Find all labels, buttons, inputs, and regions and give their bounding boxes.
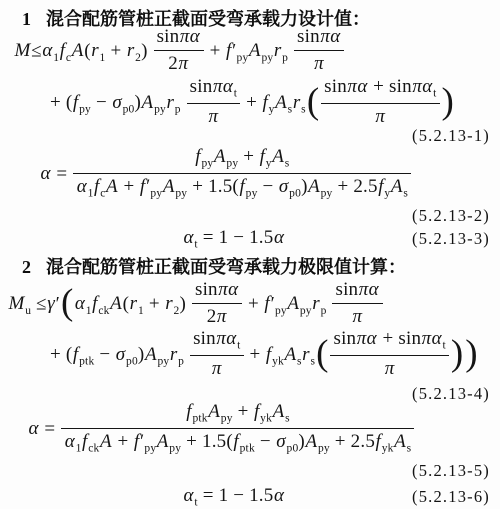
equation-number-4: (5.2.13-4) — [412, 384, 490, 404]
section-2-heading: 2 混合配筋管桩正截面受弯承载力极限值计算： — [22, 253, 406, 279]
equation-number-2: (5.2.13-2) — [412, 206, 490, 226]
code-document-page: 1 混合配筋管桩正截面受弯承载力设计值： M≤α1fcA(r1 + r2) si… — [0, 0, 500, 509]
formula-5-2-13-3: αt = 1 − 1.5α — [183, 228, 285, 250]
formula-5-2-13-5: α = fptkApy + fykAsα1fckA + f′pyApy + 1.… — [28, 401, 415, 459]
formula-5-2-13-1-line-2: + (fpy − σp0)Apyrp sinπαtπ + fyAsrs(sinπ… — [50, 78, 455, 130]
section-2-number: 2 — [22, 257, 31, 278]
formula-5-2-13-4-line-2: + (fptk − σp0)Apyrp sinπαtπ + fykAsrs(si… — [50, 330, 479, 382]
equation-number-5: (5.2.13-5) — [412, 461, 490, 481]
equation-number-1: (5.2.13-1) — [412, 126, 490, 146]
equation-number-3: (5.2.13-3) — [412, 229, 490, 249]
section-2-title: 混合配筋管桩正截面受弯承载力极限值计算： — [46, 253, 406, 279]
formula-5-2-13-1-line-1: M≤α1fcA(r1 + r2) sinπα2π + f′pyApyrp sin… — [14, 28, 345, 76]
formula-5-2-13-2: α = fpyApy + fyAsα1fcA + f′pyApy + 1.5(f… — [40, 147, 412, 203]
formula-5-2-13-6: αt = 1 − 1.5α — [183, 486, 285, 508]
equation-number-6: (5.2.13-6) — [412, 487, 490, 507]
formula-5-2-13-4-line-1: Mu ≤γ′(α1fckA(r1 + r2) sinπα2π + f′pyApy… — [8, 280, 384, 330]
